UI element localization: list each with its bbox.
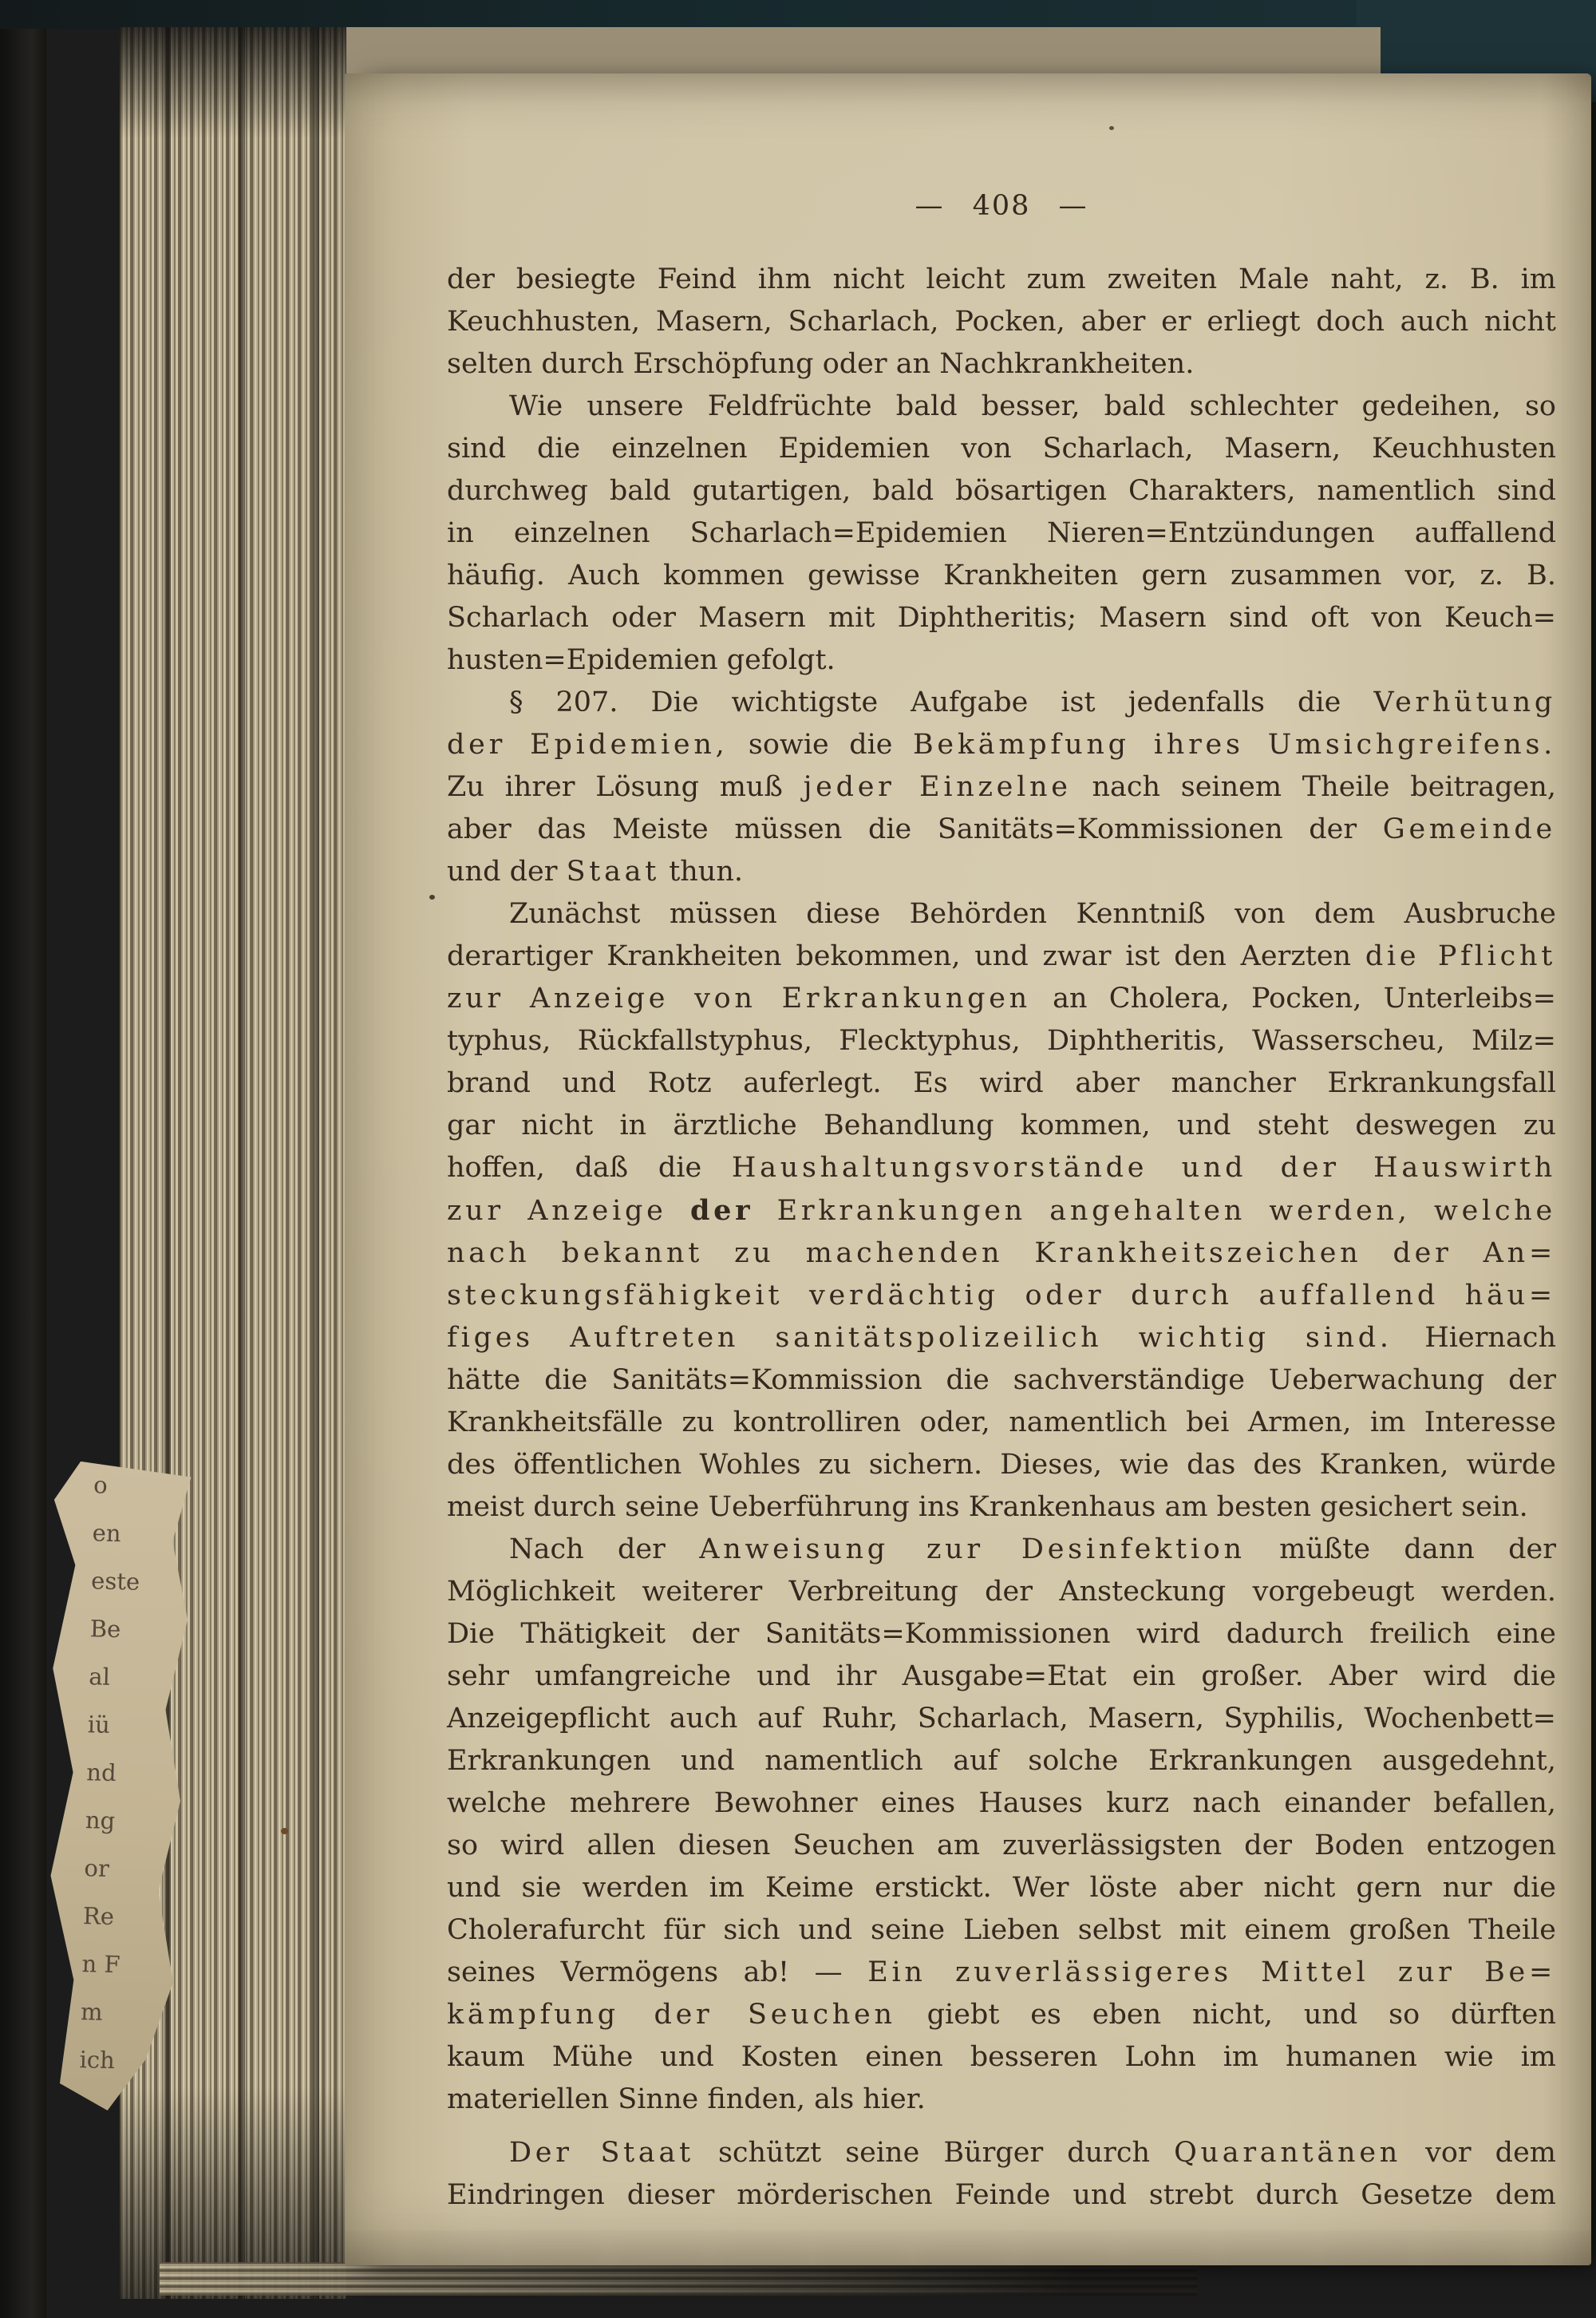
paper-speck	[429, 895, 435, 900]
text-segment: zur Anzeige von Erkrankungen	[447, 983, 1031, 1015]
text-line: der Epidemien, sowie die Bekämpfung ihre…	[447, 724, 1556, 766]
text-line: § 207. Die wichtigste Aufgabe ist jedenf…	[447, 682, 1556, 724]
text-line: Keuchhusten, Masern, Scharlach, Pocken, …	[447, 301, 1556, 343]
text-segment: figes Auftreten sanitätspolizeilich wich…	[447, 1322, 1393, 1354]
text-segment: seines Vermögens ab! —	[447, 1956, 867, 1988]
margin-fragment: n F	[81, 1952, 179, 2002]
text-line: Möglichkeit weiterer Verbreitung der Ans…	[447, 1571, 1556, 1613]
text-segment: an Cholera, Pocken, Unterleibs=	[1031, 983, 1556, 1015]
page-number: — 408 —	[447, 190, 1556, 222]
text-segment: so wird allen diesen Seuchen am zuverläs…	[447, 1829, 1556, 1861]
text-segment: husten=Epidemien gefolgt.	[447, 644, 836, 676]
text-segment: der Epidemien,	[447, 729, 728, 761]
text-segment: sind die einzelnen Epidemien von Scharla…	[447, 433, 1556, 465]
text-line: aber das Meiste müssen die Sanitäts=Komm…	[447, 809, 1556, 851]
text-segment: Möglichkeit weiterer Verbreitung der Ans…	[447, 1576, 1556, 1608]
text-segment: Anweisung zur Desinfektion	[699, 1533, 1246, 1565]
text-segment: Anzeigepflicht auch auf Ruhr, Scharlach,…	[447, 1703, 1556, 1735]
text-line: brand und Rotz auferlegt. Es wird aber m…	[447, 1062, 1556, 1105]
text-segment: Zunächst müssen diese Behörden Kenntniß …	[509, 898, 1556, 930]
text-line: der besiegte Feind ihm nicht leicht zum …	[447, 259, 1556, 301]
text-line: sind die einzelnen Epidemien von Scharla…	[447, 428, 1556, 470]
text-line: in einzelnen Scharlach=Epidemien Nieren=…	[447, 512, 1556, 555]
text-segment: Der Staat	[509, 2137, 694, 2169]
text-segment: jeder Einzelne	[804, 771, 1072, 803]
paper-speck	[1109, 126, 1114, 130]
text-line: Wie unsere Feldfrüchte bald besser, bald…	[447, 386, 1556, 428]
margin-fragment: Be	[89, 1616, 188, 1667]
text-segment: sehr umfangreiche und ihr Ausgabe=Etat e…	[447, 1660, 1556, 1692]
text-segment: Verhütung	[1373, 686, 1556, 718]
text-line: des öffentlichen Wohles zu sichern. Dies…	[447, 1444, 1556, 1486]
text-line: figes Auftreten sanitätspolizeilich wich…	[447, 1317, 1556, 1359]
text-segment: die Pflicht	[1365, 940, 1556, 972]
text-segment: gar nicht in ärztliche Behandlung kommen…	[447, 1110, 1556, 1141]
text-segment: vor dem	[1401, 2137, 1556, 2169]
text-line: Krankheitsfälle zu kontrolliren oder, na…	[447, 1402, 1556, 1444]
text-line: kaum Mühe und Kosten einen besseren Lohn…	[447, 2036, 1556, 2079]
text-segment: zur Anzeige	[447, 1195, 690, 1227]
text-segment: Ein zuverlässigeres Mittel zur Be=	[867, 1956, 1556, 1988]
book-scan: oenesteBealiündngorRen Fmich — 408 — der…	[0, 0, 1596, 2318]
text-segment: Cholerafurcht für sich und seine Lieben …	[447, 1914, 1556, 1946]
text-line: welche mehrere Bewohner eines Hauses kur…	[447, 1782, 1556, 1825]
paper-speck	[281, 1828, 288, 1834]
text-segment: materiellen Sinne finden, als hier.	[447, 2083, 926, 2115]
text-line: zur Anzeige der Erkrankungen angehalten …	[447, 1189, 1556, 1232]
text-line: meist durch seine Ueberführung ins Krank…	[447, 1486, 1556, 1529]
margin-fragment: este	[90, 1568, 188, 1619]
text-segment: Zu ihrer Lösung muß	[447, 771, 804, 803]
text-line: hätte die Sanitäts=Kommission die sachve…	[447, 1359, 1556, 1402]
text-line: steckungsfähigkeit verdächtig oder durch…	[447, 1275, 1556, 1317]
text-line: Zunächst müssen diese Behörden Kenntniß …	[447, 893, 1556, 936]
text-line: Die Thätigkeit der Sanitäts=Kommissionen…	[447, 1613, 1556, 1655]
text-line: Cholerafurcht für sich und seine Lieben …	[447, 1909, 1556, 1952]
text-segment: Scharlach oder Masern mit Diphtheritis; …	[447, 602, 1556, 634]
paragraph: § 207. Die wichtigste Aufgabe ist jedenf…	[447, 682, 1556, 893]
text-line: seines Vermögens ab! — Ein zuverlässiger…	[447, 1952, 1556, 1994]
text-segment: hoffen, daß die	[447, 1152, 732, 1184]
text-line: materiellen Sinne finden, als hier.	[447, 2079, 1556, 2121]
text-segment: kämpfung der Seuchen	[447, 1999, 896, 2031]
text-segment: durchweg bald gutartigen, bald bösartige…	[447, 475, 1556, 507]
text-line: sehr umfangreiche und ihr Ausgabe=Etat e…	[447, 1655, 1556, 1698]
text-segment: der besiegte Feind ihm nicht leicht zum …	[447, 263, 1556, 295]
text-segment: und sie werden im Keime erstickt. Wer lö…	[447, 1872, 1556, 1904]
text-line: Anzeigepflicht auch auf Ruhr, Scharlach,…	[447, 1698, 1556, 1740]
margin-fragment: nd	[85, 1760, 184, 1810]
text-segment: des öffentlichen Wohles zu sichern. Dies…	[447, 1449, 1556, 1481]
text-segment: Erkrankungen und namentlich auf solche E…	[447, 1745, 1556, 1777]
paragraph: Wie unsere Feldfrüchte bald besser, bald…	[447, 386, 1556, 682]
text-segment: nach bekannt zu machenden Krankheitszeic…	[447, 1237, 1556, 1269]
paragraph: Zunächst müssen diese Behörden Kenntniß …	[447, 893, 1556, 1529]
text-line: gar nicht in ärztliche Behandlung kommen…	[447, 1105, 1556, 1147]
text-line: hoffen, daß die Haushaltungsvorstände un…	[447, 1147, 1556, 1189]
text-segment: kaum Mühe und Kosten einen besseren Lohn…	[447, 2041, 1556, 2073]
text-segment: hätte die Sanitäts=Kommission die sachve…	[447, 1364, 1556, 1396]
text-segment: welche mehrere Bewohner eines Hauses kur…	[447, 1787, 1556, 1819]
text-line: derartiger Krankheiten bekommen, und zwa…	[447, 936, 1556, 978]
text-line: kämpfung der Seuchen giebt es eben nicht…	[447, 1994, 1556, 2036]
text-segment: Hiernach	[1393, 1322, 1556, 1354]
text-segment: Gemeinde	[1383, 813, 1556, 845]
text-segment: steckungsfähigkeit verdächtig oder durch…	[447, 1280, 1556, 1311]
text-segment: sowie die	[728, 729, 912, 761]
text-segment: Keuchhusten, Masern, Scharlach, Pocken, …	[447, 306, 1556, 338]
text-segment: thun.	[660, 856, 743, 888]
text-segment: Nach der	[509, 1533, 699, 1565]
text-segment: schützt seine Bürger durch	[694, 2137, 1174, 2169]
text-segment: Die Thätigkeit der Sanitäts=Kommissionen…	[447, 1618, 1556, 1650]
text-segment: derartiger Krankheiten bekommen, und zwa…	[447, 940, 1365, 972]
text-segment: der	[690, 1194, 753, 1227]
text-line: typhus, Rückfallstyphus, Flecktyphus, Di…	[447, 1020, 1556, 1062]
book-cover-left-edge	[0, 0, 46, 2318]
paragraph: der besiegte Feind ihm nicht leicht zum …	[447, 259, 1556, 386]
text-segment: Eindringen dieser mörderischen Feinde un…	[447, 2179, 1556, 2211]
text-line: Eindringen dieser mörderischen Feinde un…	[447, 2174, 1556, 2217]
text-segment: typhus, Rückfallstyphus, Flecktyphus, Di…	[447, 1025, 1556, 1057]
text-segment: § 207. Die wichtigste Aufgabe ist jedenf…	[509, 686, 1373, 718]
text-line: husten=Epidemien gefolgt.	[447, 639, 1556, 682]
paragraph: Der Staat schützt seine Bürger durch Qua…	[447, 2132, 1556, 2217]
text-line: häufig. Auch kommen gewisse Krankheiten …	[447, 555, 1556, 597]
text-segment: Wie unsere Feldfrüchte bald besser, bald…	[509, 390, 1556, 422]
text-segment: Quarantänen	[1174, 2137, 1401, 2169]
book-page: — 408 — der besiegte Feind ihm nicht lei…	[345, 73, 1591, 2265]
margin-fragment: o	[93, 1473, 191, 1523]
text-segment: aber das Meiste müssen die Sanitäts=Komm…	[447, 813, 1383, 845]
text-segment: brand und Rotz auferlegt. Es wird aber m…	[447, 1067, 1556, 1099]
text-line: durchweg bald gutartigen, bald bösartige…	[447, 470, 1556, 512]
text-line: selten durch Erschöpfung oder an Nachkra…	[447, 343, 1556, 386]
text-line: Scharlach oder Masern mit Diphtheritis; …	[447, 597, 1556, 639]
text-line: Nach der Anweisung zur Desinfektion müßt…	[447, 1529, 1556, 1571]
text-line: Zu ihrer Lösung muß jeder Einzelne nach …	[447, 766, 1556, 809]
text-segment: Erkrankungen angehalten werden, welche	[753, 1195, 1556, 1227]
text-line: zur Anzeige von Erkrankungen an Cholera,…	[447, 978, 1556, 1020]
paragraph: Nach der Anweisung zur Desinfektion müßt…	[447, 1529, 1556, 2121]
text-line: und der Staat thun.	[447, 851, 1556, 893]
text-segment: in einzelnen Scharlach=Epidemien Nieren=…	[447, 517, 1556, 549]
text-segment: häufig. Auch kommen gewisse Krankheiten …	[447, 560, 1556, 591]
text-segment: nach seinem Theile beitragen,	[1072, 771, 1556, 803]
text-line: Erkrankungen und namentlich auf solche E…	[447, 1740, 1556, 1782]
text-block: der besiegte Feind ihm nicht leicht zum …	[447, 259, 1556, 2217]
text-segment: müßte dann der	[1246, 1533, 1556, 1565]
text-line: nach bekannt zu machenden Krankheitszeic…	[447, 1232, 1556, 1275]
page-edges-bottom	[160, 2262, 1197, 2296]
text-line: und sie werden im Keime erstickt. Wer lö…	[447, 1867, 1556, 1909]
text-segment: Haushaltungsvorstände und der Hauswirth	[732, 1152, 1556, 1184]
text-segment: selten durch Erschöpfung oder an Nachkra…	[447, 348, 1194, 380]
text-segment: meist durch seine Ueberführung ins Krank…	[447, 1491, 1528, 1523]
text-segment: Staat	[567, 856, 660, 888]
text-segment: Bekämpfung ihres Umsichgreifens.	[913, 729, 1556, 761]
text-segment: giebt es eben nicht, und so dürften	[896, 1999, 1556, 2031]
text-line: Der Staat schützt seine Bürger durch Qua…	[447, 2132, 1556, 2174]
text-line: so wird allen diesen Seuchen am zuverläs…	[447, 1825, 1556, 1867]
text-segment: Krankheitsfälle zu kontrolliren oder, na…	[447, 1406, 1556, 1438]
text-segment: und der	[447, 856, 567, 888]
